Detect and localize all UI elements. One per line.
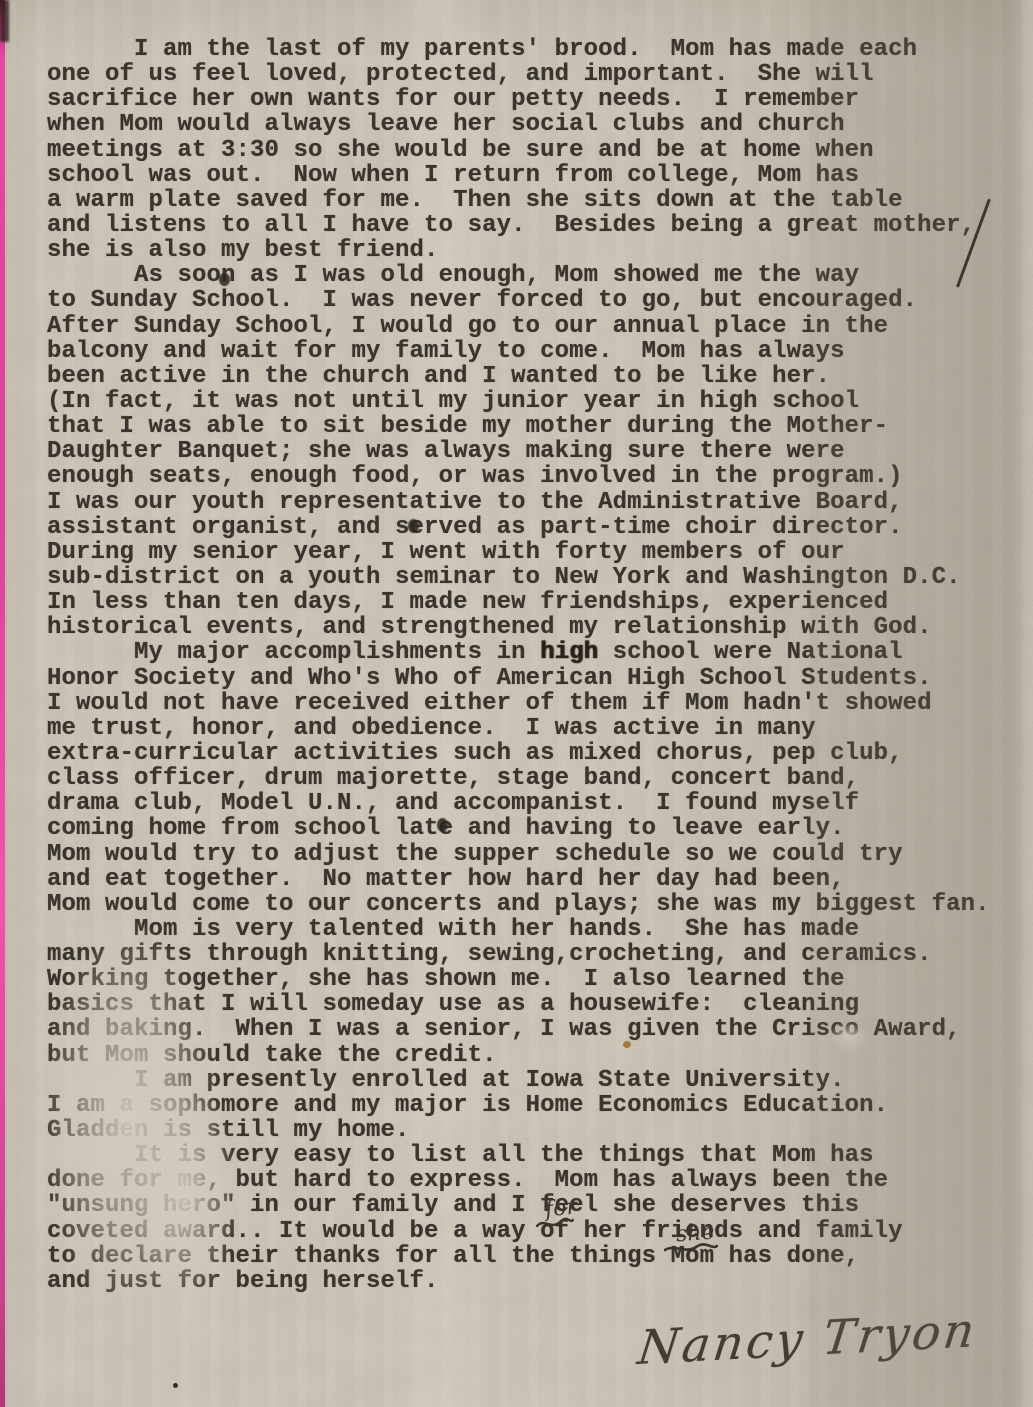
typed-line: meetings at 3:30 so she would be sure an… <box>47 138 990 163</box>
typed-line: drama club, Model U.N., and accompanist.… <box>47 791 990 816</box>
typed-line: one of us feel loved, protected, and imp… <box>47 62 990 87</box>
typed-line: many gifts through knitting, sewing,croc… <box>47 942 990 967</box>
typed-line: that I was able to sit beside my mother … <box>47 414 990 439</box>
typed-line: done for me, but hard to express. Mom ha… <box>47 1168 990 1193</box>
ink-blot <box>437 818 448 832</box>
typed-line: After Sunday School, I would go to our a… <box>47 314 990 339</box>
typed-line: Mom would come to our concerts and plays… <box>47 892 990 917</box>
typed-line: I am the last of my parents' brood. Mom … <box>47 37 990 62</box>
typed-line: Honor Society and Who's Who of American … <box>47 666 990 691</box>
typed-line: I am presently enrolled at Iowa State Un… <box>47 1068 990 1093</box>
typed-line: assistant organist, and served as part-t… <box>47 515 990 540</box>
typed-line: to declare their thanks for all the thin… <box>47 1244 990 1269</box>
typed-line: class officer, drum majorette, stage ban… <box>47 766 990 791</box>
typed-line: and eat together. No matter how hard her… <box>47 867 990 892</box>
ink-blot <box>219 273 230 286</box>
typed-line: sub-district on a youth seminar to New Y… <box>47 565 990 590</box>
typed-line: I would not have received either of them… <box>47 691 990 716</box>
typed-line: Working together, she has shown me. I al… <box>47 967 990 992</box>
typed-line: me trust, honor, and obedience. I was ac… <box>47 716 990 741</box>
signature: Nancy Tryon <box>635 1303 981 1376</box>
pen-dot <box>173 1383 178 1388</box>
typed-line: and just for being herself. <box>47 1269 990 1294</box>
typed-line: a warm plate saved for me. Then she sits… <box>47 188 990 213</box>
typed-line: sacrifice her own wants for our petty ne… <box>47 87 990 112</box>
strikethrough-scribble <box>664 1241 718 1257</box>
typed-line: Gladden is still my home. <box>47 1118 990 1143</box>
overstruck-word-high: high <box>540 640 598 665</box>
typed-line: when Mom would always leave her social c… <box>47 112 990 137</box>
typed-line: enough seats, enough food, or was involv… <box>47 464 990 489</box>
typed-line: she is also my best friend. <box>47 238 990 263</box>
typed-line: Mom is very talented with her hands. She… <box>47 917 990 942</box>
typed-line: to Sunday School. I was never forced to … <box>47 288 990 313</box>
typed-line: During my senior year, I went with forty… <box>47 540 990 565</box>
typed-line: It is very easy to list all the things t… <box>47 1143 990 1168</box>
typed-line: My major accomplishments in high school … <box>47 640 990 665</box>
typed-line: "unsung hero" in our family and I feel s… <box>47 1193 990 1218</box>
typed-line: been active in the church and I wanted t… <box>47 364 990 389</box>
typed-line: (In fact, it was not until my junior yea… <box>47 389 990 414</box>
typed-line: historical events, and strengthened my r… <box>47 615 990 640</box>
strikethrough-scribble <box>536 1216 574 1232</box>
scan-corner-shadow <box>0 0 9 42</box>
typed-line: coming home from school late and having … <box>47 816 990 841</box>
typed-line: As soon as I was old enough, Mom showed … <box>47 263 990 288</box>
typed-line: and baking. When I was a senior, I was g… <box>47 1017 990 1042</box>
ink-blot <box>408 519 419 533</box>
letter-body: I am the last of my parents' brood. Mom … <box>47 37 990 1294</box>
typed-line: basics that I will someday use as a hous… <box>47 992 990 1017</box>
typed-line: Daughter Banquet; she was always making … <box>47 439 990 464</box>
paper-speck <box>623 1041 631 1048</box>
scanner-edge-artifact <box>0 0 5 1407</box>
typed-line: Mom would try to adjust the supper sched… <box>47 842 990 867</box>
typed-line: school was out. Now when I return from c… <box>47 163 990 188</box>
typed-line: but Mom should take the credit. <box>47 1043 990 1068</box>
typed-line: balcony and wait for my family to come. … <box>47 339 990 364</box>
typed-line: coveted award.. It would be a way of her… <box>47 1219 990 1244</box>
scanned-letter-page: I am the last of my parents' brood. Mom … <box>0 0 1033 1407</box>
typed-line: I am a sophomore and my major is Home Ec… <box>47 1093 990 1118</box>
typed-line: and listens to all I have to say. Beside… <box>47 213 990 238</box>
typed-line: extra-curricular activities such as mixe… <box>47 741 990 766</box>
typed-line: I was our youth representative to the Ad… <box>47 490 990 515</box>
typed-line: In less than ten days, I made new friend… <box>47 590 990 615</box>
